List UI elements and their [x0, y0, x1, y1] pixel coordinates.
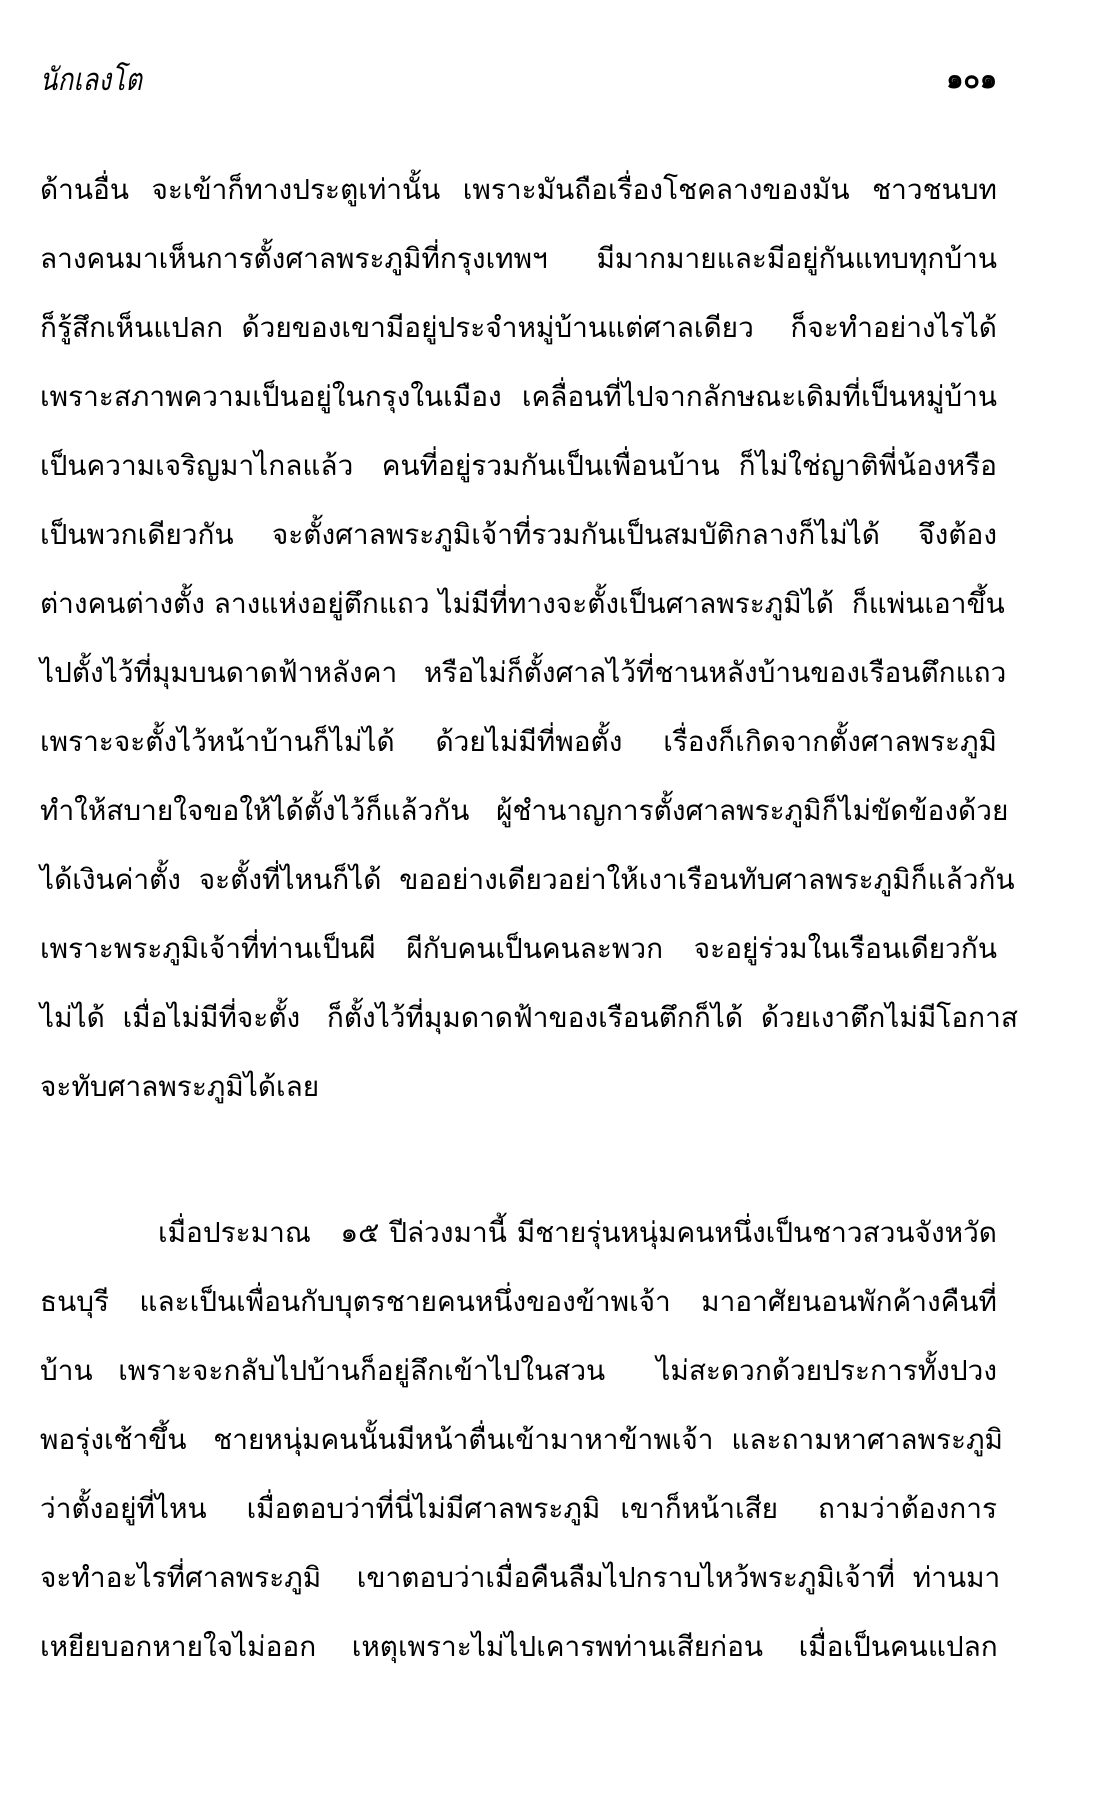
text-line: ด้านอื่น จะเข้าก็ทางประตูเท่านั้น เพราะม…	[40, 165, 997, 215]
text-line: ก็รู้สึกเห็นแปลก ด้วยของเขามีอยู่ประจำหม…	[40, 303, 997, 353]
book-title: นักเลงโต	[40, 58, 142, 102]
text-line: จะทับศาลพระภูมิได้เลย	[40, 1062, 997, 1112]
text-line: ลางคนมาเห็นการตั้งศาลพระภูมิที่กรุงเทพฯ …	[40, 234, 997, 284]
text-line: ว่าตั้งอยู่ที่ไหน เมื่อตอบว่าที่นี่ไม่มี…	[40, 1484, 997, 1534]
page-number: ๑๐๑	[946, 58, 997, 102]
text-line: เพราะจะตั้งไว้หน้าบ้านก็ไม่ได้ ด้วยไม่มี…	[40, 717, 997, 767]
text-line: เป็นความเจริญมาไกลแล้ว คนที่อยู่รวมกันเป…	[40, 441, 997, 491]
text-line: เมื่อประมาณ ๑๕ ปีล่วงมานี้ มีชายรุ่นหนุ่…	[158, 1208, 997, 1258]
text-line: ทำให้สบายใจขอให้ได้ตั้งไว้ก็แล้วกัน ผู้ช…	[40, 786, 997, 836]
text-line: บ้าน เพราะจะกลับไปบ้านก็อยู่ลึกเข้าไปในส…	[40, 1346, 997, 1396]
text-line: จะทำอะไรที่ศาลพระภูมิ เขาตอบว่าเมื่อคืนล…	[40, 1553, 997, 1603]
text-line: เป็นพวกเดียวกัน จะตั้งศาลพระภูมิเจ้าที่ร…	[40, 510, 997, 560]
text-line: ไม่ได้ เมื่อไม่มีที่จะตั้ง ก็ตั้งไว้ที่ม…	[40, 993, 997, 1043]
text-line: เหยียบอกหายใจไม่ออก เหตุเพราะไม่ไปเคารพท…	[40, 1622, 997, 1672]
text-line: ได้เงินค่าตั้ง จะตั้งที่ไหนก็ได้ ขออย่าง…	[40, 855, 997, 905]
text-line: เพราะสภาพความเป็นอยู่ในกรุงในเมือง เคลื่…	[40, 372, 997, 422]
text-line: เพราะพระภูมิเจ้าที่ท่านเป็นผี ผีกับคนเป็…	[40, 924, 997, 974]
text-line: ธนบุรี และเป็นเพื่อนกับบุตรชายคนหนึ่งของ…	[40, 1277, 997, 1327]
text-line: ต่างคนต่างตั้ง ลางแห่งอยู่ตึกแถว ไม่มีที…	[40, 579, 997, 629]
text-line: ไปตั้งไว้ที่มุมบนดาดฟ้าหลังคา หรือไม่ก็ต…	[40, 648, 997, 698]
running-header: นักเลงโต ๑๐๑	[40, 58, 997, 102]
text-line: พอรุ่งเช้าขึ้น ชายหนุ่มคนนั้นมีหน้าตื่นเ…	[40, 1415, 997, 1465]
book-page: นักเลงโต ๑๐๑ ด้านอื่น จะเข้าก็ทางประตูเท…	[0, 0, 1109, 1800]
